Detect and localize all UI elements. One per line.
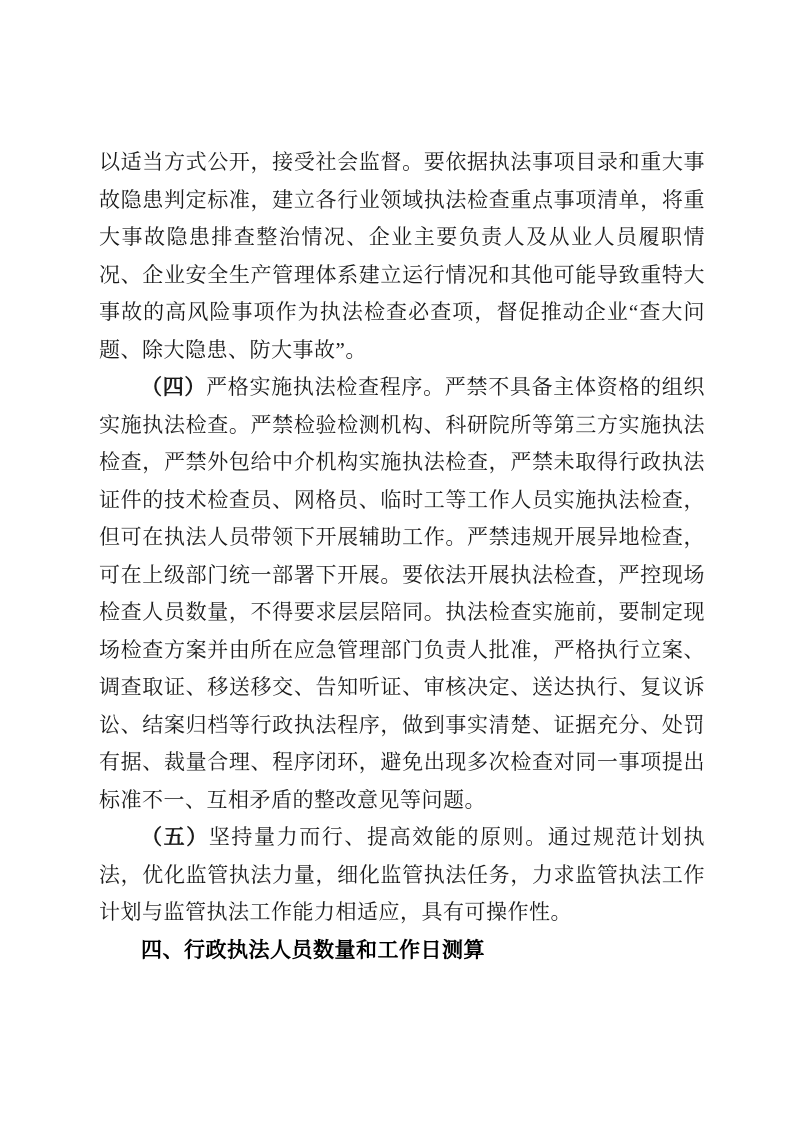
paragraph-text: 严格实施执法检查程序。严禁不具备主体资格的组织实施执法检查。严禁检验检测机构、科… (99, 375, 705, 812)
section-heading: 四、行政执法人员数量和工作日测算 (99, 932, 705, 970)
document-page: 以适当方式公开，接受社会监督。要依据执法事项目录和重大事故隐患判定标准，建立各行… (0, 0, 793, 1122)
body-paragraph-4: （四）严格实施执法检查程序。严禁不具备主体资格的组织实施执法检查。严禁检验检测机… (99, 369, 705, 819)
document-body: 以适当方式公开，接受社会监督。要依据执法事项目录和重大事故隐患判定标准，建立各行… (99, 144, 705, 969)
body-paragraph-5: （五）坚持量力而行、提高效能的原则。通过规范计划执法，优化监管执法力量，细化监管… (99, 819, 705, 932)
paragraph-marker: （五） (141, 825, 209, 849)
body-paragraph-continuation: 以适当方式公开，接受社会监督。要依据执法事项目录和重大事故隐患判定标准，建立各行… (99, 144, 705, 369)
paragraph-text: 以适当方式公开，接受社会监督。要依据执法事项目录和重大事故隐患判定标准，建立各行… (99, 150, 705, 362)
paragraph-marker: （四） (141, 375, 206, 399)
